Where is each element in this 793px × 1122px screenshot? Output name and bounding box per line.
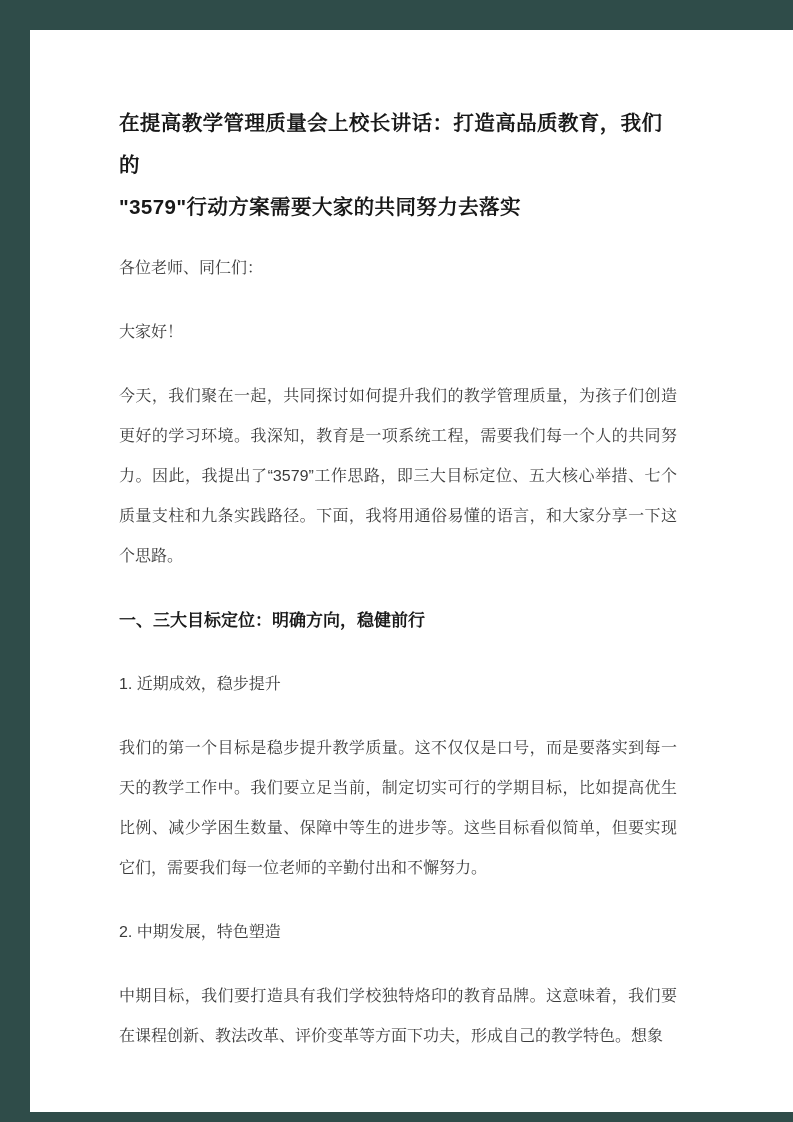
- greeting: 大家好！: [119, 313, 677, 353]
- viewer-edge-left: [0, 0, 30, 1122]
- page-content: 在提高教学管理质量会上校长讲话：打造高品质教育，我们的 "3579"行动方案需要…: [119, 0, 677, 1081]
- document-title: 在提高教学管理质量会上校长讲话：打造高品质教育，我们的 "3579"行动方案需要…: [119, 103, 677, 229]
- document-title-line-1: 在提高教学管理质量会上校长讲话：打造高品质教育，我们的: [119, 103, 677, 187]
- section-1-heading: 一、三大目标定位：明确方向，稳健前行: [119, 601, 677, 641]
- subsection-2-paragraph: 中期目标，我们要打造具有我们学校独特烙印的教育品牌。这意味着，我们要在课程创新、…: [119, 977, 677, 1057]
- subsection-2-title: 2. 中期发展，特色塑造: [119, 913, 677, 953]
- document-page: 在提高教学管理质量会上校长讲话：打造高品质教育，我们的 "3579"行动方案需要…: [0, 0, 793, 1122]
- viewer-edge-bottom: [0, 1112, 793, 1122]
- salutation: 各位老师、同仁们：: [119, 249, 677, 289]
- intro-paragraph: 今天，我们聚在一起，共同探讨如何提升我们的教学管理质量，为孩子们创造更好的学习环…: [119, 377, 677, 577]
- document-title-line-2: "3579"行动方案需要大家的共同努力去落实: [119, 187, 677, 229]
- subsection-1-paragraph: 我们的第一个目标是稳步提升教学质量。这不仅仅是口号，而是要落实到每一天的教学工作…: [119, 729, 677, 889]
- subsection-1-title: 1. 近期成效，稳步提升: [119, 665, 677, 705]
- viewer-edge-top: [0, 0, 793, 30]
